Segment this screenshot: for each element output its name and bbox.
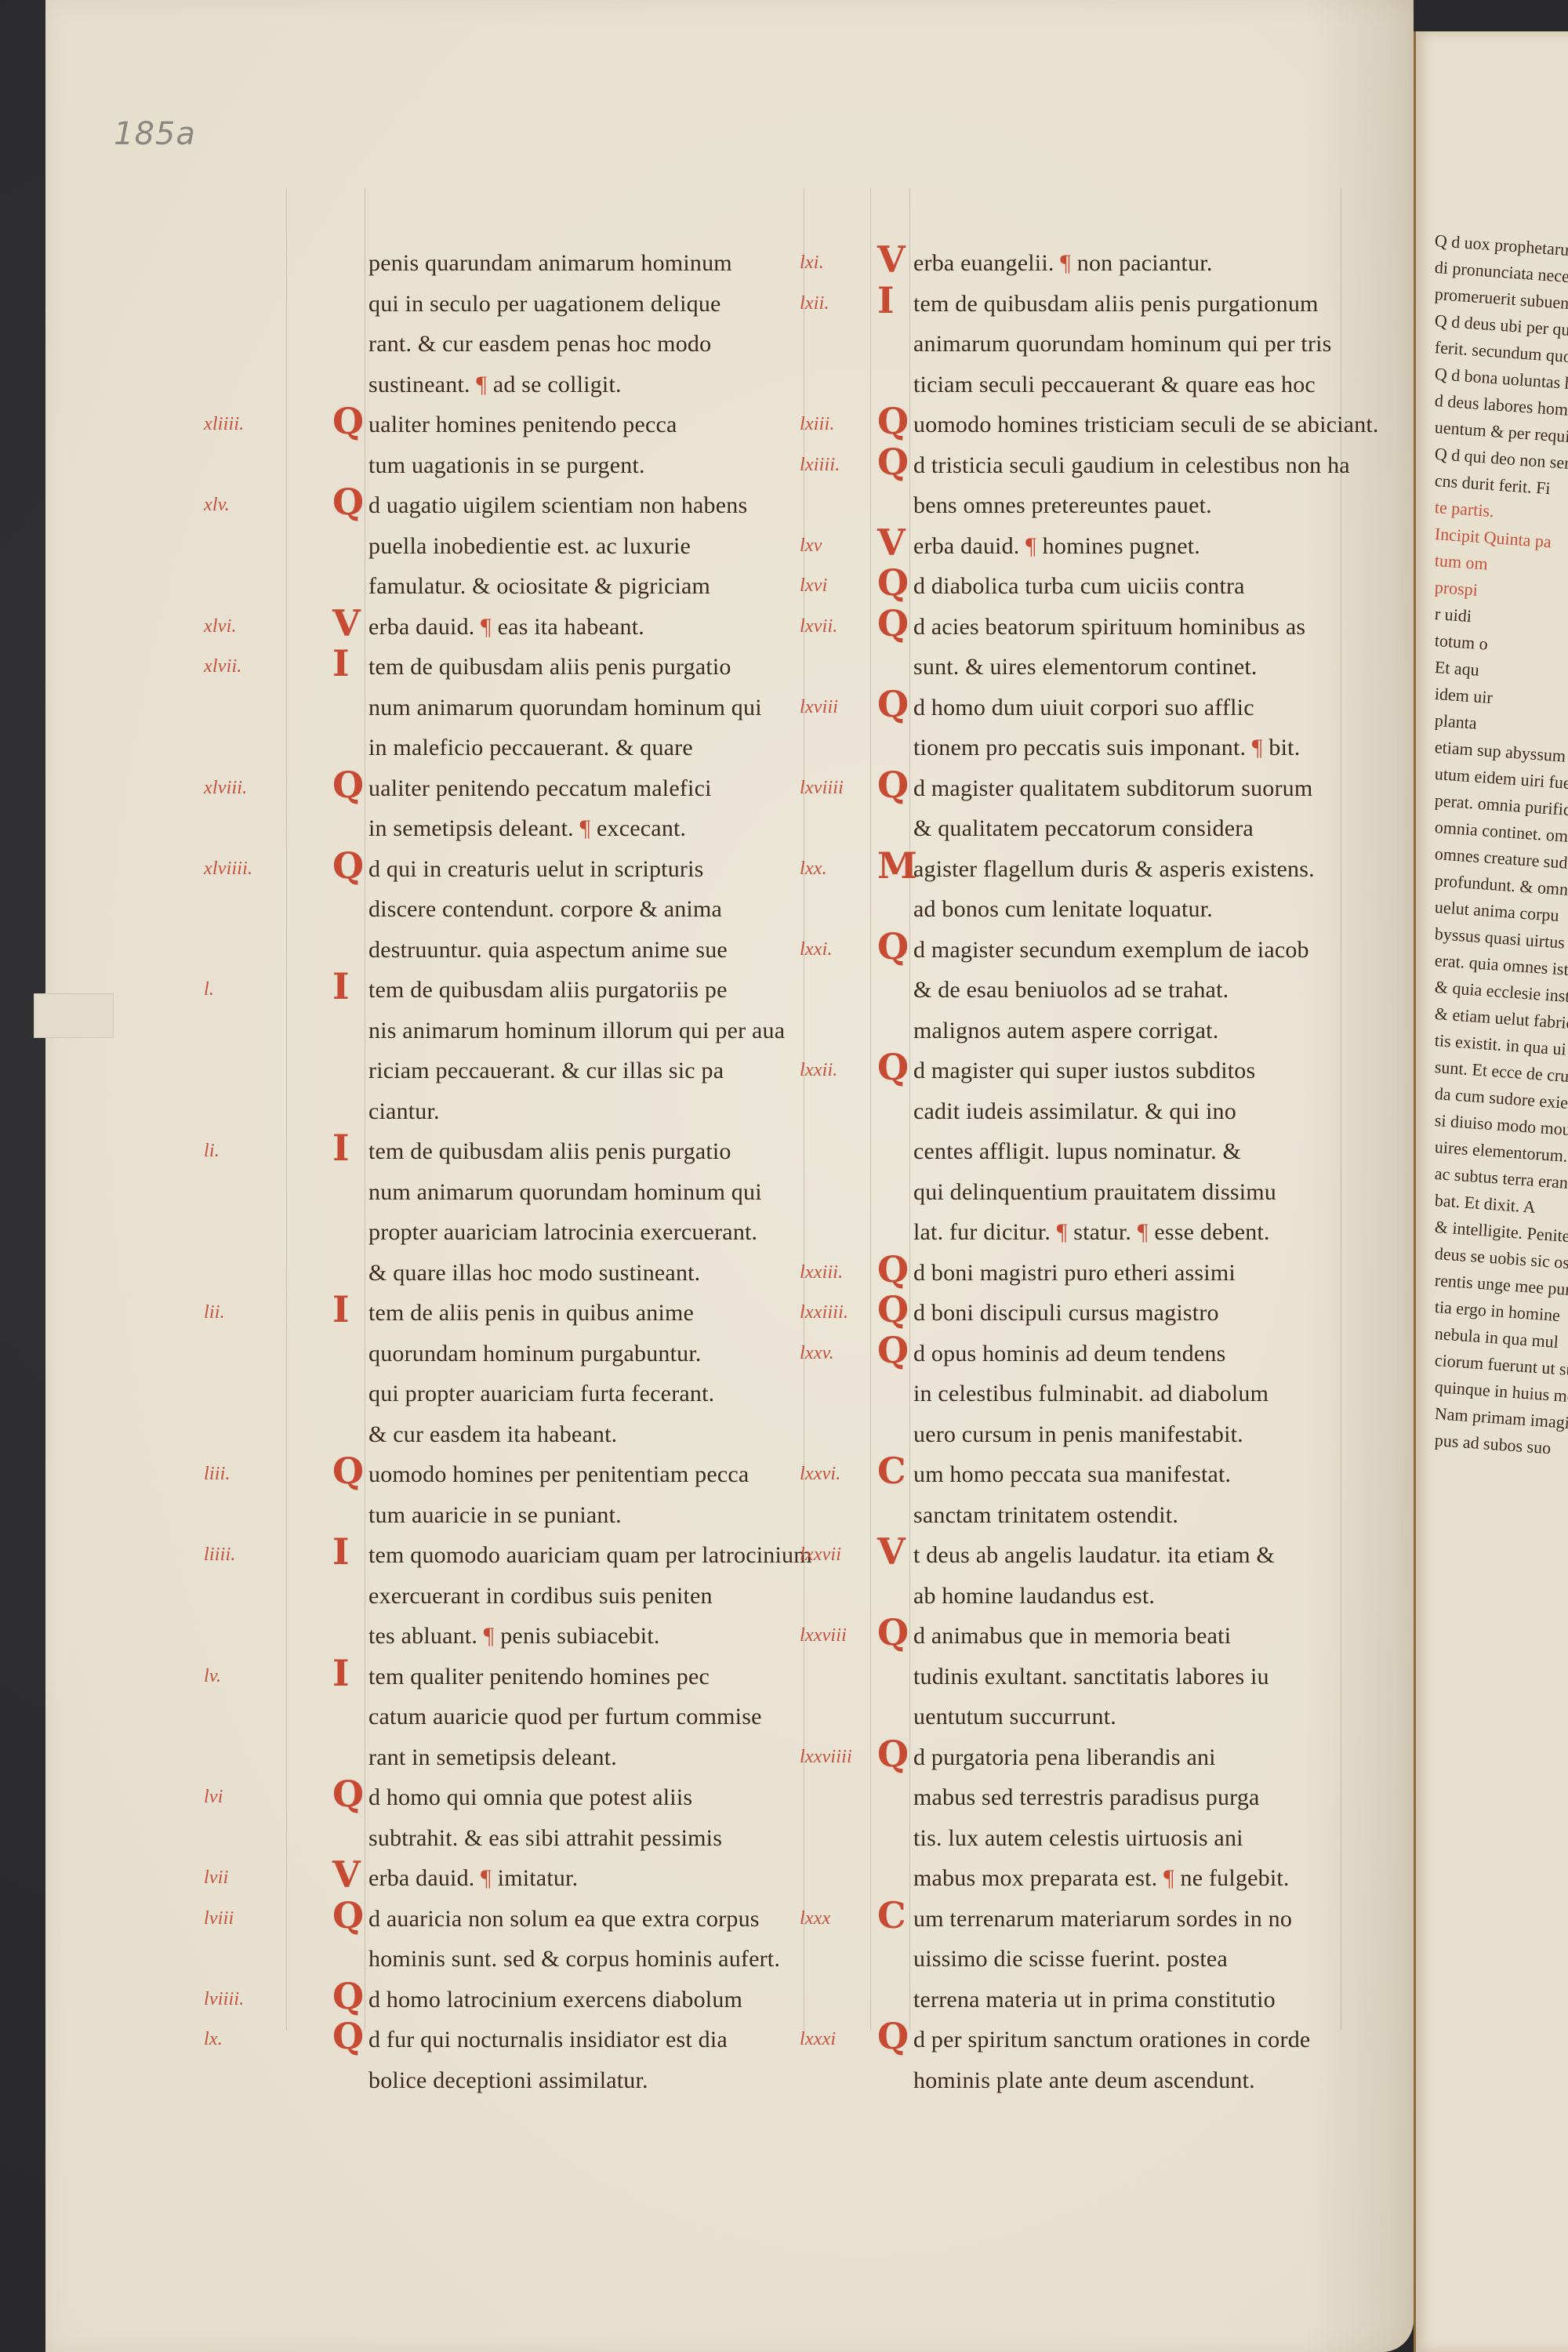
paragraph-mark-icon: ¶: [1057, 1219, 1068, 1245]
text-line: xlv.Qd uagatio uigilem scientiam non hab…: [368, 485, 808, 526]
chapter-numeral: lxxii.: [800, 1051, 838, 1091]
chapter-numeral: lxxiiii.: [800, 1293, 848, 1334]
text-line: cadit iudeis assimilatur. & qui ino: [913, 1091, 1360, 1132]
chapter-numeral: lxvi: [800, 566, 827, 607]
text-line: terrena materia ut in prima constitutio: [913, 1980, 1360, 2020]
line-text: malignos autem aspere corrigat.: [913, 1018, 1218, 1044]
line-text: discere contendunt. corpore & anima: [368, 896, 722, 922]
line-text: uissimo die scisse fuerint. postea: [913, 1946, 1228, 1972]
text-line: tionem pro peccatis suis imponant. ¶ bit…: [913, 728, 1360, 768]
line-text: famulatur. & ociositate & pigriciam: [368, 573, 710, 599]
chapter-numeral: lxiiii.: [800, 445, 840, 486]
chapter-numeral: lxxiii.: [800, 1253, 843, 1294]
text-line: lxxii.Qd magister qui super iustos subdi…: [913, 1051, 1360, 1091]
text-line: tis. lux autem celestis uirtuosis ani: [913, 1818, 1360, 1859]
text-line: rant in semetipsis deleant.: [368, 1737, 808, 1778]
text-column-right: lxi.Verba euangelii. ¶ non paciantur.lxi…: [913, 243, 1360, 2100]
line-text: mabus sed terrestris paradisus purga: [913, 1784, 1260, 1810]
line-text: erba dauid. ¶ imitatur.: [368, 1865, 578, 1891]
line-text: qui in seculo per uagationem delique: [368, 291, 721, 317]
paper-tab-marker: [34, 993, 114, 1038]
line-text: rant. & cur easdem penas hoc modo: [368, 331, 711, 357]
paragraph-mark-icon: ¶: [484, 1623, 495, 1649]
chapter-numeral: xlviii.: [204, 768, 247, 809]
text-line: tes abluant. ¶ penis subiacebit.: [368, 1616, 808, 1657]
line-text: bolice deceptioni assimilatur.: [368, 2067, 648, 2093]
chapter-numeral: l.: [204, 970, 214, 1011]
text-line: bolice deceptioni assimilatur.: [368, 2060, 808, 2101]
line-text: d boni magistri puro etheri assimi: [913, 1260, 1236, 1286]
text-line: lxxxiQd per spiritum sanctum orationes i…: [913, 2020, 1360, 2060]
text-line: lxxviiVt deus ab angelis laudatur. ita e…: [913, 1535, 1360, 1576]
text-line: tum uagationis in se purgent.: [368, 445, 808, 486]
rubricated-initial: Q: [332, 1451, 364, 1492]
text-line: lxxv.Qd opus hominis ad deum tendens: [913, 1334, 1360, 1374]
text-column-left: penis quarundam animarum hominumqui in s…: [368, 243, 808, 2100]
line-text: rant in semetipsis deleant.: [368, 1744, 617, 1770]
chapter-numeral: lxxi.: [800, 930, 833, 971]
line-text: d uagatio uigilem scientiam non habens: [368, 492, 747, 518]
line-text: propter auariciam latrocinia exercuerant…: [368, 1219, 757, 1245]
rubricated-initial: Q: [332, 1896, 364, 1936]
line-text: mabus mox preparata est. ¶ ne fulgebit.: [913, 1865, 1290, 1891]
text-line: ciantur.: [368, 1091, 808, 1132]
text-line: exercuerant in cordibus suis peniten: [368, 1576, 808, 1617]
text-line: lxxviiiiQd purgatoria pena liberandis an…: [913, 1737, 1360, 1778]
text-line: lxii.Item de quibusdam aliis penis purga…: [913, 284, 1360, 325]
rubricated-initial: Q: [877, 563, 909, 604]
text-line: in semetipsis deleant. ¶ excecant.: [368, 808, 808, 849]
text-line: penis quarundam animarum hominum: [368, 243, 808, 284]
text-line: lviQd homo qui omnia que potest aliis: [368, 1777, 808, 1818]
text-line: lviiiQd auaricia non solum ea que extra …: [368, 1899, 808, 1940]
text-line: liii.Quomodo homines per penitentiam pec…: [368, 1454, 808, 1495]
chapter-numeral: lxi.: [800, 243, 824, 284]
chapter-numeral: lxxv.: [800, 1334, 834, 1374]
line-text: subtrahit. & eas sibi attrahit pessimis: [368, 1825, 722, 1851]
rubricated-initial: Q: [877, 1047, 909, 1088]
text-line: ab homine laudandus est.: [913, 1576, 1360, 1617]
paragraph-mark-icon: ¶: [1060, 250, 1071, 276]
text-line: li.Item de quibusdam aliis penis purgati…: [368, 1131, 808, 1172]
line-text: qui delinquentium prauitatem dissimu: [913, 1179, 1276, 1205]
text-line: lxvii.Qd acies beatorum spirituum homini…: [913, 607, 1360, 648]
rubricated-initial: Q: [332, 482, 364, 523]
rubricated-initial: C: [877, 1451, 906, 1492]
rubricated-initial: V: [332, 604, 361, 644]
line-text: d tristicia seculi gaudium in celestibus…: [913, 452, 1350, 478]
text-line: lxvVerba dauid. ¶ homines pugnet.: [913, 526, 1360, 567]
line-text: tum uagationis in se purgent.: [368, 452, 645, 478]
line-text: d animabus que in memoria beati: [913, 1623, 1231, 1649]
paragraph-mark-icon: ¶: [481, 1865, 492, 1891]
rubricated-initial: Q: [877, 1330, 909, 1371]
line-text: ticiam seculi peccauerant & quare eas ho…: [913, 372, 1316, 397]
rubricated-initial: V: [877, 1532, 906, 1573]
line-text: tes abluant. ¶ penis subiacebit.: [368, 1623, 660, 1649]
chapter-numeral: lviiii.: [204, 1980, 244, 2020]
line-text: erba dauid. ¶ eas ita habeant.: [368, 614, 644, 640]
text-line: uentutum succurrunt.: [913, 1697, 1360, 1737]
line-text: ualiter homines penitendo pecca: [368, 412, 677, 437]
line-text: catum auaricie quod per furtum commise: [368, 1704, 762, 1730]
rubricated-initial: I: [332, 967, 350, 1007]
line-text: terrena materia ut in prima constitutio: [913, 1987, 1276, 2013]
rubricated-initial: I: [332, 1532, 350, 1573]
chapter-numeral: lx.: [204, 2020, 223, 2060]
line-text: lat. fur dicitur. ¶ statur. ¶ esse deben…: [913, 1219, 1270, 1245]
rubricated-initial: V: [877, 240, 906, 281]
text-line: qui propter auariciam furta fecerant.: [368, 1374, 808, 1414]
ruling-line: [909, 188, 910, 2031]
line-text: uero cursum in penis manifestabit.: [913, 1421, 1243, 1447]
ruling-line: [286, 188, 287, 2031]
paragraph-mark-icon: ¶: [1252, 735, 1263, 760]
rubricated-initial: Q: [877, 765, 909, 806]
line-text: um homo peccata sua manifestat.: [913, 1461, 1231, 1487]
rubricated-initial: Q: [877, 401, 909, 442]
line-text: d opus hominis ad deum tendens: [913, 1341, 1225, 1367]
rubricated-initial: Q: [332, 1976, 364, 2017]
rubricated-initial: I: [877, 281, 895, 321]
text-line: sanctam trinitatem ostendit.: [913, 1495, 1360, 1536]
line-text: tis. lux autem celestis uirtuosis ani: [913, 1825, 1243, 1851]
text-line: lii.Item de aliis penis in quibus anime: [368, 1293, 808, 1334]
line-text: tem de quibusdam aliis penis purgatio: [368, 1138, 731, 1164]
line-text: cadit iudeis assimilatur. & qui ino: [913, 1098, 1236, 1124]
rubricated-initial: Q: [877, 1613, 909, 1653]
line-text: d magister qualitatem subditorum suorum: [913, 775, 1312, 801]
chapter-numeral: liiii.: [204, 1535, 236, 1576]
rubricated-initial: Q: [877, 1290, 909, 1330]
rubricated-initial: Q: [332, 1774, 364, 1815]
text-line: centes affligit. lupus nominatur. &: [913, 1131, 1360, 1172]
chapter-numeral: lxxvii: [800, 1535, 841, 1576]
line-text: tem de aliis penis in quibus anime: [368, 1300, 694, 1326]
chapter-numeral: lxv: [800, 526, 822, 567]
chapter-numeral: lxxxi: [800, 2020, 836, 2060]
line-text: penis quarundam animarum hominum: [368, 250, 732, 276]
text-line: in celestibus fulminabit. ad diabolum: [913, 1374, 1360, 1414]
chapter-numeral: lxxvi.: [800, 1454, 841, 1495]
line-text: centes affligit. lupus nominatur. &: [913, 1138, 1241, 1164]
line-text: destruuntur. quia aspectum anime sue: [368, 937, 728, 963]
rubricated-initial: I: [332, 1290, 350, 1330]
line-text: d per spiritum sanctum orationes in cord…: [913, 2027, 1310, 2053]
chapter-numeral: lxxviii: [800, 1616, 847, 1657]
line-text: sustineant. ¶ ad se colligit.: [368, 372, 622, 397]
text-line: destruuntur. quia aspectum anime sue: [368, 930, 808, 971]
text-line: lxxxCum terrenarum materiarum sordes in …: [913, 1899, 1360, 1940]
chapter-numeral: lxviii: [800, 688, 838, 728]
rubricated-initial: Q: [877, 2016, 909, 2057]
text-line: lxxiiii.Qd boni discipuli cursus magistr…: [913, 1293, 1360, 1334]
chapter-numeral: lxii.: [800, 284, 829, 325]
text-line: xliiii.Qualiter homines penitendo pecca: [368, 405, 808, 445]
rubricated-initial: M: [877, 846, 917, 887]
text-line: lxx.Magister flagellum duris & asperis e…: [913, 849, 1360, 890]
paragraph-mark-icon: ¶: [580, 815, 591, 841]
line-text: animarum quorundam hominum qui per tris: [913, 331, 1332, 357]
text-line: qui in seculo per uagationem delique: [368, 284, 808, 325]
text-line: & qualitatem peccatorum considera: [913, 808, 1360, 849]
line-text: d magister qui super iustos subditos: [913, 1058, 1255, 1083]
line-text: ciantur.: [368, 1098, 440, 1124]
text-line: hominis sunt. sed & corpus hominis aufer…: [368, 1939, 808, 1980]
line-text: ad bonos cum lenitate loquatur.: [913, 896, 1213, 922]
text-line: lx.Qd fur qui nocturnalis insidiator est…: [368, 2020, 808, 2060]
text-line: propter auariciam latrocinia exercuerant…: [368, 1212, 808, 1253]
line-text: bens omnes pretereuntes pauet.: [913, 492, 1212, 518]
paragraph-mark-icon: ¶: [1138, 1219, 1149, 1245]
line-text: tem de quibusdam aliis purgatoriis pe: [368, 977, 728, 1003]
line-text: riciam peccauerant. & cur illas sic pa: [368, 1058, 724, 1083]
text-line: subtrahit. & eas sibi attrahit pessimis: [368, 1818, 808, 1859]
line-text: qui propter auariciam furta fecerant.: [368, 1381, 714, 1406]
line-text: erba euangelii. ¶ non paciantur.: [913, 250, 1213, 276]
chapter-numeral: lxxx: [800, 1899, 830, 1940]
rubricated-initial: Q: [877, 927, 909, 967]
text-line: xlvii.Item de quibusdam aliis penis purg…: [368, 647, 808, 688]
line-text: in semetipsis deleant. ¶ excecant.: [368, 815, 686, 841]
line-text: & cur easdem ita habeant.: [368, 1421, 617, 1447]
rubricated-initial: V: [877, 523, 906, 564]
text-line: xlvi.Verba dauid. ¶ eas ita habeant.: [368, 607, 808, 648]
facing-page-text-fragment: Q d uox prophetarum & psaldi pronunciata…: [1435, 227, 1568, 1454]
rubricated-initial: Q: [332, 846, 364, 887]
chapter-numeral: xlvi.: [204, 607, 237, 648]
text-line: lxxviiiQd animabus que in memoria beati: [913, 1616, 1360, 1657]
line-text: uentutum succurrunt.: [913, 1704, 1116, 1730]
line-text: ab homine laudandus est.: [913, 1583, 1155, 1609]
chapter-numeral: xlv.: [204, 485, 230, 526]
text-line: num animarum quorundam hominum qui: [368, 1172, 808, 1213]
text-line: mabus mox preparata est. ¶ ne fulgebit.: [913, 1858, 1360, 1899]
text-line: malignos autem aspere corrigat.: [913, 1011, 1360, 1051]
chapter-numeral: lxxviiii: [800, 1737, 852, 1778]
text-line: famulatur. & ociositate & pigriciam: [368, 566, 808, 607]
rubricated-initial: Q: [877, 1734, 909, 1775]
ruling-line: [870, 188, 871, 2031]
text-line: bens omnes pretereuntes pauet.: [913, 485, 1360, 526]
line-text: & de esau beniuolos ad se trahat.: [913, 977, 1229, 1003]
text-line: discere contendunt. corpore & anima: [368, 889, 808, 930]
line-text: d magister secundum exemplum de iacob: [913, 937, 1309, 963]
chapter-numeral: lxvii.: [800, 607, 838, 648]
chapter-numeral: liii.: [204, 1454, 230, 1495]
rubricated-initial: I: [332, 1653, 350, 1694]
line-text: tudinis exultant. sanctitatis labores iu: [913, 1664, 1269, 1690]
chapter-numeral: lvi: [204, 1777, 223, 1818]
chapter-numeral: xliiii.: [204, 405, 244, 445]
text-line: nis animarum hominum illorum qui per aua: [368, 1011, 808, 1051]
chapter-numeral: lv.: [204, 1657, 221, 1697]
rubricated-initial: I: [332, 644, 350, 684]
line-text: hominis plate ante deum ascendunt.: [913, 2067, 1255, 2093]
text-line: lxviQd diabolica turba cum uiciis contra: [913, 566, 1360, 607]
line-text: tem qualiter penitendo homines pec: [368, 1664, 710, 1690]
rubricated-initial: Q: [877, 1250, 909, 1290]
text-line: uero cursum in penis manifestabit.: [913, 1414, 1360, 1455]
chapter-numeral: li.: [204, 1131, 220, 1172]
line-text: sanctam trinitatem ostendit.: [913, 1502, 1178, 1528]
line-text: d qui in creaturis uelut in scripturis: [368, 856, 704, 882]
ruling-line: [365, 188, 365, 2031]
text-line: lxxiii.Qd boni magistri puro etheri assi…: [913, 1253, 1360, 1294]
rubricated-initial: Q: [332, 2016, 364, 2057]
line-text: d homo latrocinium exercens diabolum: [368, 1987, 742, 2013]
text-line: lxiiii.Qd tristicia seculi gaudium in ce…: [913, 445, 1360, 486]
line-text: d fur qui nocturnalis insidiator est dia: [368, 2027, 728, 2053]
text-line: tudinis exultant. sanctitatis labores iu: [913, 1657, 1360, 1697]
paragraph-mark-icon: ¶: [476, 372, 487, 397]
text-line: animarum quorundam hominum qui per tris: [913, 324, 1360, 365]
text-line: lxi.Verba euangelii. ¶ non paciantur.: [913, 243, 1360, 284]
rubricated-initial: Q: [332, 765, 364, 806]
text-line: lviiVerba dauid. ¶ imitatur.: [368, 1858, 808, 1899]
line-text: & quare illas hoc modo sustineant.: [368, 1260, 700, 1286]
line-text: quorundam hominum purgabuntur.: [368, 1341, 702, 1367]
text-line: sunt. & uires elementorum continet.: [913, 647, 1360, 688]
text-line: uissimo die scisse fuerint. postea: [913, 1939, 1360, 1980]
text-line: riciam peccauerant. & cur illas sic pa: [368, 1051, 808, 1091]
text-line: xlviiii.Qd qui in creaturis uelut in scr…: [368, 849, 808, 890]
text-line: lv.Item qualiter penitendo homines pec: [368, 1657, 808, 1697]
text-line: in maleficio peccauerant. & quare: [368, 728, 808, 768]
text-line: hominis plate ante deum ascendunt.: [913, 2060, 1360, 2101]
text-line: rant. & cur easdem penas hoc modo: [368, 324, 808, 365]
text-line: lxxi.Qd magister secundum exemplum de ia…: [913, 930, 1360, 971]
line-text: tum auaricie in se puniant.: [368, 1502, 622, 1528]
line-text: d boni discipuli cursus magistro: [913, 1300, 1219, 1326]
text-line: lxxvi.Cum homo peccata sua manifestat.: [913, 1454, 1360, 1495]
line-text: num animarum quorundam hominum qui: [368, 695, 762, 720]
rubricated-initial: Q: [332, 401, 364, 442]
line-text: sunt. & uires elementorum continet.: [913, 654, 1258, 680]
rubricated-initial: Q: [877, 604, 909, 644]
line-text: ualiter penitendo peccatum malefici: [368, 775, 712, 801]
line-text: tem de quibusdam aliis penis purgatio: [368, 654, 731, 680]
line-text: d diabolica turba cum uiciis contra: [913, 573, 1245, 599]
text-line: & cur easdem ita habeant.: [368, 1414, 808, 1455]
line-text: d homo dum uiuit corpori suo afflic: [913, 695, 1254, 720]
chapter-numeral: xlviiii.: [204, 849, 252, 890]
line-text: tem de quibusdam aliis penis purgationum: [913, 291, 1319, 317]
paragraph-mark-icon: ¶: [1025, 533, 1036, 559]
line-text: & qualitatem peccatorum considera: [913, 815, 1254, 841]
line-text: t deus ab angelis laudatur. ita etiam &: [913, 1542, 1275, 1568]
folio-number: 185a: [114, 116, 196, 152]
line-text: d homo qui omnia que potest aliis: [368, 1784, 692, 1810]
text-line: mabus sed terrestris paradisus purga: [913, 1777, 1360, 1818]
line-text: uomodo homines tristiciam seculi de se a…: [913, 412, 1379, 437]
text-line: tum auaricie in se puniant.: [368, 1495, 808, 1536]
text-line: ticiam seculi peccauerant & quare eas ho…: [913, 365, 1360, 405]
chapter-numeral: lvii: [204, 1858, 228, 1899]
text-line: l.Item de quibusdam aliis purgatoriis pe: [368, 970, 808, 1011]
text-line: sustineant. ¶ ad se colligit.: [368, 365, 808, 405]
rubricated-initial: V: [332, 1855, 361, 1896]
text-line: lxviiiiQd magister qualitatem subditorum…: [913, 768, 1360, 809]
line-text: in celestibus fulminabit. ad diabolum: [913, 1381, 1269, 1406]
text-line: lat. fur dicitur. ¶ statur. ¶ esse deben…: [913, 1212, 1360, 1253]
line-text: num animarum quorundam hominum qui: [368, 1179, 762, 1205]
chapter-numeral: lxiii.: [800, 405, 835, 445]
text-line: & de esau beniuolos ad se trahat.: [913, 970, 1360, 1011]
paragraph-mark-icon: ¶: [1163, 1865, 1174, 1891]
line-text: tionem pro peccatis suis imponant. ¶ bit…: [913, 735, 1300, 760]
line-text: d auaricia non solum ea que extra corpus: [368, 1906, 760, 1932]
text-line: qui delinquentium prauitatem dissimu: [913, 1172, 1360, 1213]
line-text: puella inobedientie est. ac luxurie: [368, 533, 691, 559]
chapter-numeral: lii.: [204, 1293, 225, 1334]
text-line: quorundam hominum purgabuntur.: [368, 1334, 808, 1374]
line-text: erba dauid. ¶ homines pugnet.: [913, 533, 1200, 559]
line-text: d acies beatorum spirituum hominibus as: [913, 614, 1305, 640]
text-line: puella inobedientie est. ac luxurie: [368, 526, 808, 567]
line-text: d purgatoria pena liberandis ani: [913, 1744, 1216, 1770]
line-text: nis animarum hominum illorum qui per aua: [368, 1018, 785, 1044]
chapter-numeral: lxx.: [800, 849, 827, 890]
line-text: um terrenarum materiarum sordes in no: [913, 1906, 1292, 1932]
chapter-numeral: lxviiii: [800, 768, 844, 809]
rubricated-initial: Q: [877, 442, 909, 483]
text-line: & quare illas hoc modo sustineant.: [368, 1253, 808, 1294]
rubricated-initial: C: [877, 1896, 906, 1936]
paragraph-mark-icon: ¶: [481, 614, 492, 640]
chapter-numeral: lviii: [204, 1899, 234, 1940]
line-text: uomodo homines per penitentiam pecca: [368, 1461, 749, 1487]
rubricated-initial: I: [332, 1128, 350, 1169]
text-line: ad bonos cum lenitate loquatur.: [913, 889, 1360, 930]
text-line: lviiii.Qd homo latrocinium exercens diab…: [368, 1980, 808, 2020]
line-text: in maleficio peccauerant. & quare: [368, 735, 693, 760]
text-line: liiii.Item quomodo auariciam quam per la…: [368, 1535, 808, 1576]
text-line: lxiii.Quomodo homines tristiciam seculi …: [913, 405, 1360, 445]
line-text: tem quomodo auariciam quam per latrocini…: [368, 1542, 812, 1568]
text-line: lxviiiQd homo dum uiuit corpori suo affl…: [913, 688, 1360, 728]
text-line: xlviii.Qualiter penitendo peccatum malef…: [368, 768, 808, 809]
line-text: hominis sunt. sed & corpus hominis aufer…: [368, 1946, 780, 1972]
line-text: agister flagellum duris & asperis existe…: [913, 856, 1315, 882]
line-text: exercuerant in cordibus suis peniten: [368, 1583, 713, 1609]
text-line: num animarum quorundam hominum qui: [368, 688, 808, 728]
rubricated-initial: Q: [877, 684, 909, 725]
chapter-numeral: xlvii.: [204, 647, 242, 688]
text-line: catum auaricie quod per furtum commise: [368, 1697, 808, 1737]
